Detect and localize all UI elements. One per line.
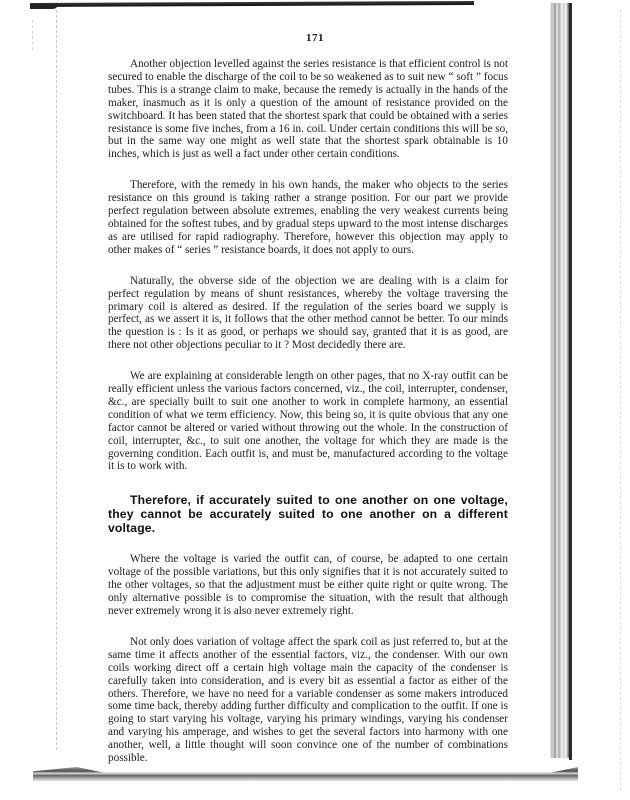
paragraph-condenser: Not only does variation of voltage affec…	[108, 636, 508, 765]
paragraph-shunt-resistance: Naturally, the obverse side of the objec…	[108, 275, 508, 352]
paragraph-outfit-efficiency: We are explaining at considerable length…	[108, 370, 508, 473]
paragraph-remedy: Therefore, with the remedy in his own ha…	[108, 179, 508, 256]
scan-left-margin-line	[56, 10, 58, 750]
page-number: 171	[0, 32, 630, 44]
scan-top-border	[30, 1, 474, 7]
emphasis-heading: Therefore, if accurately suited to one a…	[108, 493, 508, 535]
scan-top-border-corner	[30, 4, 58, 9]
paragraph-voltage-variation: Where the voltage is varied the outfit c…	[108, 553, 508, 618]
paragraph-series-resistance-objection: Another objection levelled against the s…	[108, 58, 508, 161]
scan-right-edge-line	[620, 10, 622, 790]
scan-bottom-border	[33, 767, 578, 781]
page-body: Another objection levelled against the s…	[108, 58, 508, 765]
scan-binding-border	[569, 3, 572, 760]
